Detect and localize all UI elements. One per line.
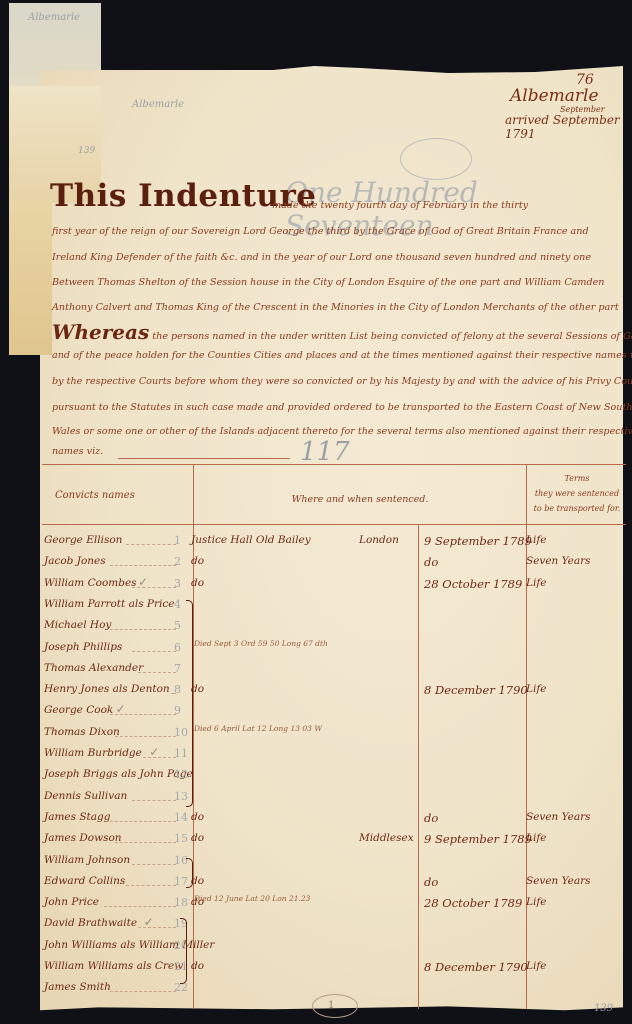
body-line-4: Anthony Calvert and Thomas King of the C… <box>52 302 619 313</box>
row-number: 14 <box>174 811 188 824</box>
convict-name: George Cook <box>44 704 113 716</box>
leader-dots <box>143 757 176 758</box>
bracket-group-1 <box>186 600 193 807</box>
header-terms: Terms they were sentenced to be transpor… <box>528 474 626 513</box>
circled-number: 1 <box>328 1000 334 1011</box>
body-line-0: made the twenty fourth day of February i… <box>272 200 528 211</box>
county: Middlesex <box>359 832 414 844</box>
check-mark-icon: ✓ <box>116 702 126 716</box>
header-where-when: Where and when sentenced. <box>200 494 520 505</box>
row-number: 5 <box>174 619 181 632</box>
row-number: 9 <box>174 704 181 717</box>
court: do <box>191 577 204 589</box>
body-line-9: Wales or some one or other of the Island… <box>52 426 632 437</box>
convict-name: William Williams als Crew <box>44 960 183 972</box>
row-number: 18 <box>174 896 188 909</box>
sentence-term: Life <box>526 534 546 546</box>
convict-name: Jacob Jones <box>44 555 106 567</box>
pencil-ship-name: Albemarle <box>132 99 184 110</box>
leader-dots <box>132 864 176 865</box>
header-terms-line-1: Terms <box>528 474 626 483</box>
convict-name: Thomas Dixon <box>44 726 120 738</box>
body-line-7: by the respective Courts before whom the… <box>52 376 632 387</box>
header-terms-line-2: they were sentenced <box>528 489 626 498</box>
ship-name: Albemarle <box>510 86 599 106</box>
convict-name: James Dowson <box>44 832 122 844</box>
check-mark-icon: ✓ <box>144 915 154 929</box>
leader-dots <box>126 885 176 886</box>
convict-name: Dennis Sullivan <box>44 790 127 802</box>
circled-number-oval <box>312 994 358 1018</box>
body-line-1: first year of the reign of our Sovereign… <box>52 226 589 237</box>
death-note: Died 12 June Lat 20 Lon 21.23 <box>194 894 310 903</box>
leader-dots <box>115 842 176 843</box>
leader-dots <box>110 629 176 630</box>
court: do <box>191 811 204 823</box>
leader-dots <box>132 800 176 801</box>
bottom-page-number: 139 <box>594 1003 613 1014</box>
convict-name: David Brathwaite <box>44 917 137 929</box>
paper-tab-lower <box>9 200 52 355</box>
bracket-group-3 <box>180 918 187 984</box>
convict-name: John Williams als William Miller <box>44 939 214 951</box>
sentence-term: Seven Years <box>526 811 591 823</box>
table-top-rule <box>42 464 626 465</box>
sentence-term: Life <box>526 577 546 589</box>
death-note: Died Sept 3 Ord 59 50 Long 67 dth <box>194 639 328 648</box>
sentence-date: 9 September 1789 <box>424 534 532 548</box>
convict-name: William Parrott als Price <box>44 598 174 610</box>
leader-dots <box>110 565 176 566</box>
leader-dots <box>126 544 176 545</box>
body-line-3: Between Thomas Shelton of the Session ho… <box>52 277 604 288</box>
sentence-date: do <box>424 811 438 825</box>
row-number: 4 <box>174 598 181 611</box>
convict-name: James Stagg <box>44 811 110 823</box>
convict-name: Michael Hoy <box>44 619 111 631</box>
header-terms-line-3: to be transported for. <box>528 504 626 513</box>
strip-page-number: 139 <box>78 146 95 156</box>
check-mark-icon: ✓ <box>138 575 148 589</box>
row-number: 2 <box>174 555 181 568</box>
bracket-group-2 <box>186 858 193 888</box>
convict-name: George Ellison <box>44 534 122 546</box>
sentence-date: do <box>424 875 438 889</box>
convict-name: William Coombes <box>44 577 137 589</box>
court: do <box>191 555 204 567</box>
sentence-date: 9 September 1789 <box>424 832 532 846</box>
end-rule <box>118 458 290 459</box>
sentence-term: Life <box>526 896 546 908</box>
sentence-date: 8 December 1790 <box>424 683 528 697</box>
sentence-term: Seven Years <box>526 555 591 567</box>
court: do <box>191 832 204 844</box>
convict-name: John Price <box>44 896 99 908</box>
court: Justice Hall Old Bailey <box>191 534 311 546</box>
leader-dots <box>115 736 176 737</box>
convict-name: James Smith <box>44 981 111 993</box>
leader-dots <box>138 672 176 673</box>
row-number: 15 <box>174 832 188 845</box>
convict-name: Joseph Briggs als John Page <box>44 768 193 780</box>
row-number: 7 <box>174 662 181 675</box>
leader-dots <box>110 991 176 992</box>
convict-name: William Johnson <box>44 854 130 866</box>
strip-ship-name: Albemarle <box>28 12 80 23</box>
leader-dots <box>104 906 176 907</box>
body-line-2: Ireland King Defender of the faith &c. a… <box>52 252 591 263</box>
sentence-term: Seven Years <box>526 875 591 887</box>
court: do <box>191 960 204 972</box>
sentence-date: 28 October 1789 <box>424 896 522 910</box>
sentence-term: Life <box>526 683 546 695</box>
body-line-5: Whereas the persons named in the under w… <box>52 320 632 344</box>
convict-name: Joseph Phillips <box>44 641 122 653</box>
convict-name: William Burbridge <box>44 747 142 759</box>
row-number: 6 <box>174 641 181 654</box>
county: London <box>359 534 399 546</box>
row-number: 3 <box>174 577 181 590</box>
sentence-term: Life <box>526 832 546 844</box>
row-number: 1 <box>174 534 181 547</box>
whereas-heading: Whereas <box>52 320 149 344</box>
sentence-date: do <box>424 555 438 569</box>
body-line-10: names viz. <box>52 446 103 457</box>
check-mark-icon: ✓ <box>149 745 159 759</box>
convict-name: Thomas Alexander <box>44 662 143 674</box>
body-line-6: and of the peace holden for the Counties… <box>52 350 632 361</box>
leader-dots <box>110 821 176 822</box>
header-convicts-names: Convicts names <box>55 490 175 501</box>
convict-name: Edward Collins <box>44 875 125 887</box>
pencil-count: 117 <box>300 437 350 467</box>
sentence-term: Life <box>526 960 546 972</box>
body-line-5-text: the persons named in the under written L… <box>152 331 632 342</box>
sentence-date: 8 December 1790 <box>424 960 528 974</box>
pencil-flourish <box>400 138 472 180</box>
table-header-rule <box>42 524 626 525</box>
body-line-8: pursuant to the Statutes in such case ma… <box>52 402 632 413</box>
leader-dots <box>132 651 176 652</box>
row-number: 8 <box>174 683 181 696</box>
arrival-note: arrived September 1791 <box>505 113 632 141</box>
death-note: Died 6 April Lat 12 Long 13 03 W <box>194 724 322 733</box>
convict-name: Henry Jones als Denton <box>44 683 170 695</box>
sentence-date: 28 October 1789 <box>424 577 522 591</box>
